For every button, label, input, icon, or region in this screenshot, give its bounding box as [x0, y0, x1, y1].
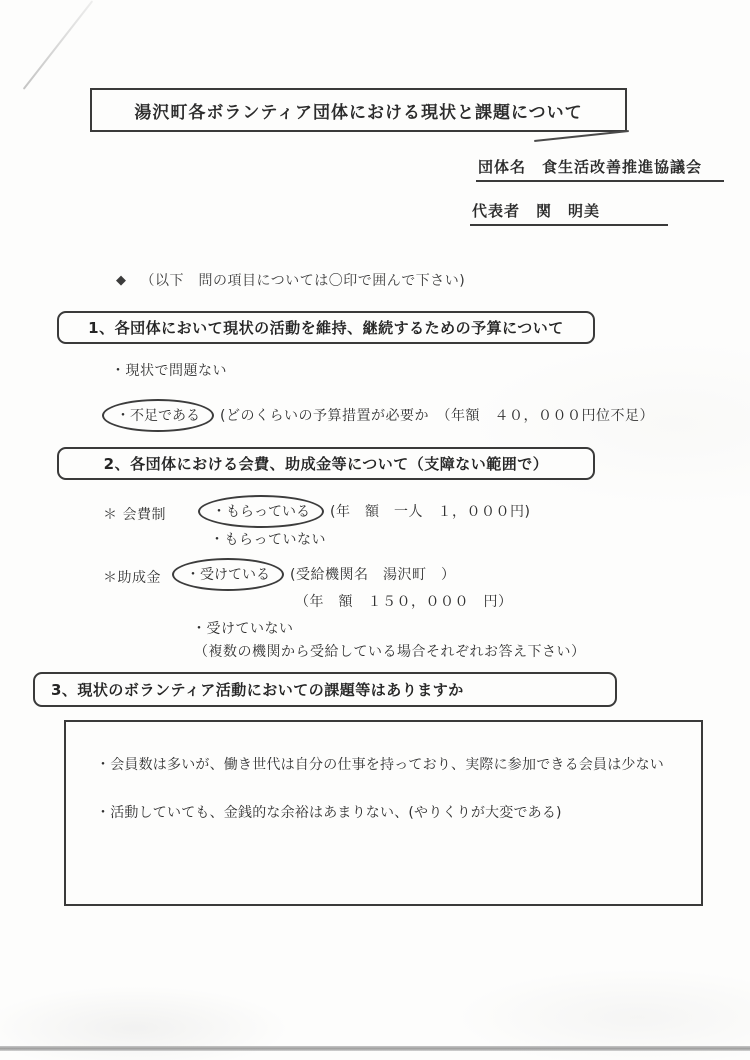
document-title-box: 湯沢町各ボランティア団体における現状と課題について — [90, 88, 627, 132]
circled-option-grant-receiving: ・受けている — [172, 558, 284, 591]
group-name-field: 団体名 食生活改善推進協議会 — [476, 156, 724, 182]
diamond-icon: ◆ — [116, 273, 127, 288]
fee-label: ＊ 会費制 — [103, 504, 166, 524]
section2-heading-box: 2、各団体における会費、助成金等について（支障ない範囲で） — [57, 447, 595, 480]
circled-option-fee-receiving: ・もらっている — [198, 495, 324, 528]
representative-field: 代表者 関 明美 — [470, 200, 668, 226]
scanned-survey-page: 湯沢町各ボランティア団体における現状と課題について 団体名 食生活改善推進協議会… — [0, 0, 750, 1060]
section3-heading: 3、現状のボランティア活動においての課題等はありますか — [51, 679, 464, 700]
grant-selected-row: ・受けている(受給機関名 湯沢町 ） — [172, 558, 455, 591]
answer-line-1: ・会員数は多いが、働き世代は自分の仕事を持っており、実際に参加できる会員は少ない — [96, 754, 664, 774]
grant-detail: (受給機関名 湯沢町 ） — [290, 567, 455, 583]
section1-insufficient-row: ・不足である(どのくらいの予算措置が必要か （年額 ４０，０００円位不足） — [102, 399, 654, 432]
grant-label: ＊助成金 — [103, 567, 161, 587]
grant-note: （複数の機関から受給している場合それぞれお答え下さい） — [194, 641, 586, 661]
scan-crease-mark — [23, 0, 94, 89]
section1-heading-box: 1、各団体において現状の活動を維持、継続するための予算について — [57, 311, 595, 344]
grant-amount: （年 額 １５０，０００ 円） — [295, 591, 513, 611]
instruction-text: （以下 問の項目については〇印で囲んで下さい) — [141, 270, 466, 290]
document-title: 湯沢町各ボランティア団体における現状と課題について — [134, 98, 582, 123]
section3-heading-box: 3、現状のボランティア活動においての課題等はありますか — [33, 672, 617, 707]
section1-heading: 1、各団体において現状の活動を維持、継続するための予算について — [88, 317, 564, 338]
insufficient-detail: (どのくらいの予算措置が必要か （年額 ４０，０００円位不足） — [220, 408, 654, 424]
fee-not-selected: ・もらっていない — [210, 529, 326, 549]
section2-heading: 2、各団体における会費、助成金等について（支障ない範囲で） — [104, 453, 549, 474]
section1-option-no-problem: ・現状で問題ない — [111, 360, 227, 380]
answer-line-2: ・活動していても、金銭的な余裕はあまりない、(やりくりが大変である) — [96, 802, 562, 822]
fee-selected-row: ・もらっている(年 額 一人 １，０００円) — [198, 495, 530, 528]
fee-detail: (年 額 一人 １，０００円) — [330, 504, 530, 520]
box-fold-mark — [534, 130, 629, 142]
grant-not-selected: ・受けていない — [192, 618, 294, 638]
section3-answer-box: ・会員数は多いが、働き世代は自分の仕事を持っており、実際に参加できる会員は少ない… — [64, 720, 703, 906]
scanner-edge-strip — [0, 1046, 750, 1051]
instruction-note: ◆ （以下 問の項目については〇印で囲んで下さい) — [116, 270, 465, 290]
circled-option-insufficient: ・不足である — [102, 399, 214, 432]
